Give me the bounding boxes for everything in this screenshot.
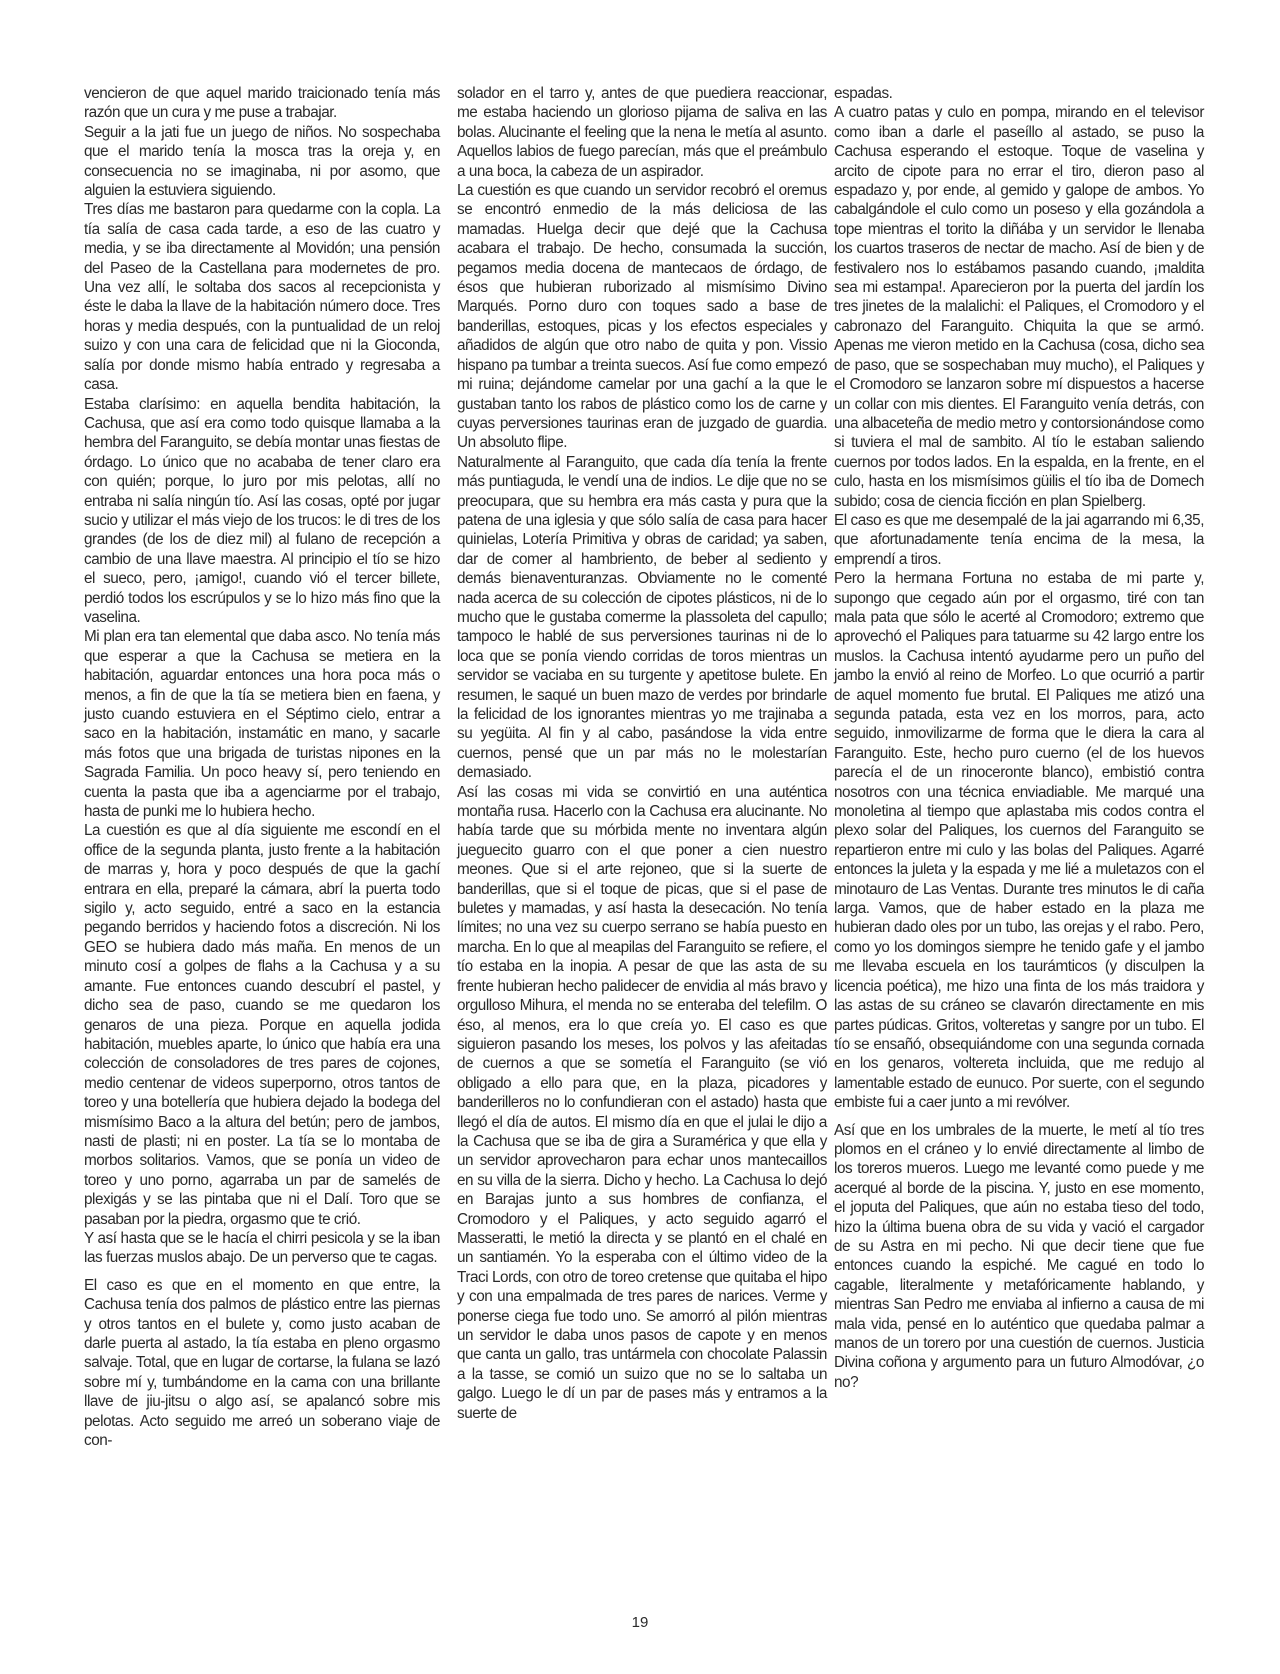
paragraph: Seguir a la jati fue un juego de niños. … [84,123,440,201]
paragraph: Mi plan era tan elemental que daba asco.… [84,627,440,821]
text-column-1: vencieron de que aquel marido traicionad… [84,84,440,1450]
paragraph: El caso es que en el momento en que entr… [84,1276,440,1451]
paragraph: solador en el tarro y, antes de que pued… [457,84,827,181]
text-column-2: solador en el tarro y, antes de que pued… [457,84,827,1423]
paragraph: Y así hasta que se le hacía el chirri pe… [84,1229,440,1268]
paragraph: A cuatro patas y culo en pompa, mirando … [834,103,1204,511]
page-number: 19 [0,1614,1280,1631]
paragraph: Pero la hermana Fortuna no estaba de mi … [834,569,1204,1112]
paragraph: Tres días me bastaron para quedarme con … [84,200,440,394]
paragraph: Así que en los umbrales de la muerte, le… [834,1121,1204,1393]
paragraph: Así las cosas mi vida se convirtió en un… [457,783,827,1423]
paragraph: El caso es que me desempalé de la jai ag… [834,511,1204,569]
paragraph: La cuestión es que cuando un servidor re… [457,181,827,453]
paragraph: La cuestión es que al día siguiente me e… [84,821,440,1229]
paragraph: espadas. [834,84,1204,103]
paragraph: Naturalmente al Faranguito, que cada día… [457,453,827,783]
paragraph: vencieron de que aquel marido traicionad… [84,84,440,123]
document-page: vencieron de que aquel marido traicionad… [0,0,1280,1674]
text-column-3: espadas. A cuatro patas y culo en pompa,… [834,84,1204,1392]
paragraph: Estaba clarísimo: en aquella bendita hab… [84,395,440,628]
